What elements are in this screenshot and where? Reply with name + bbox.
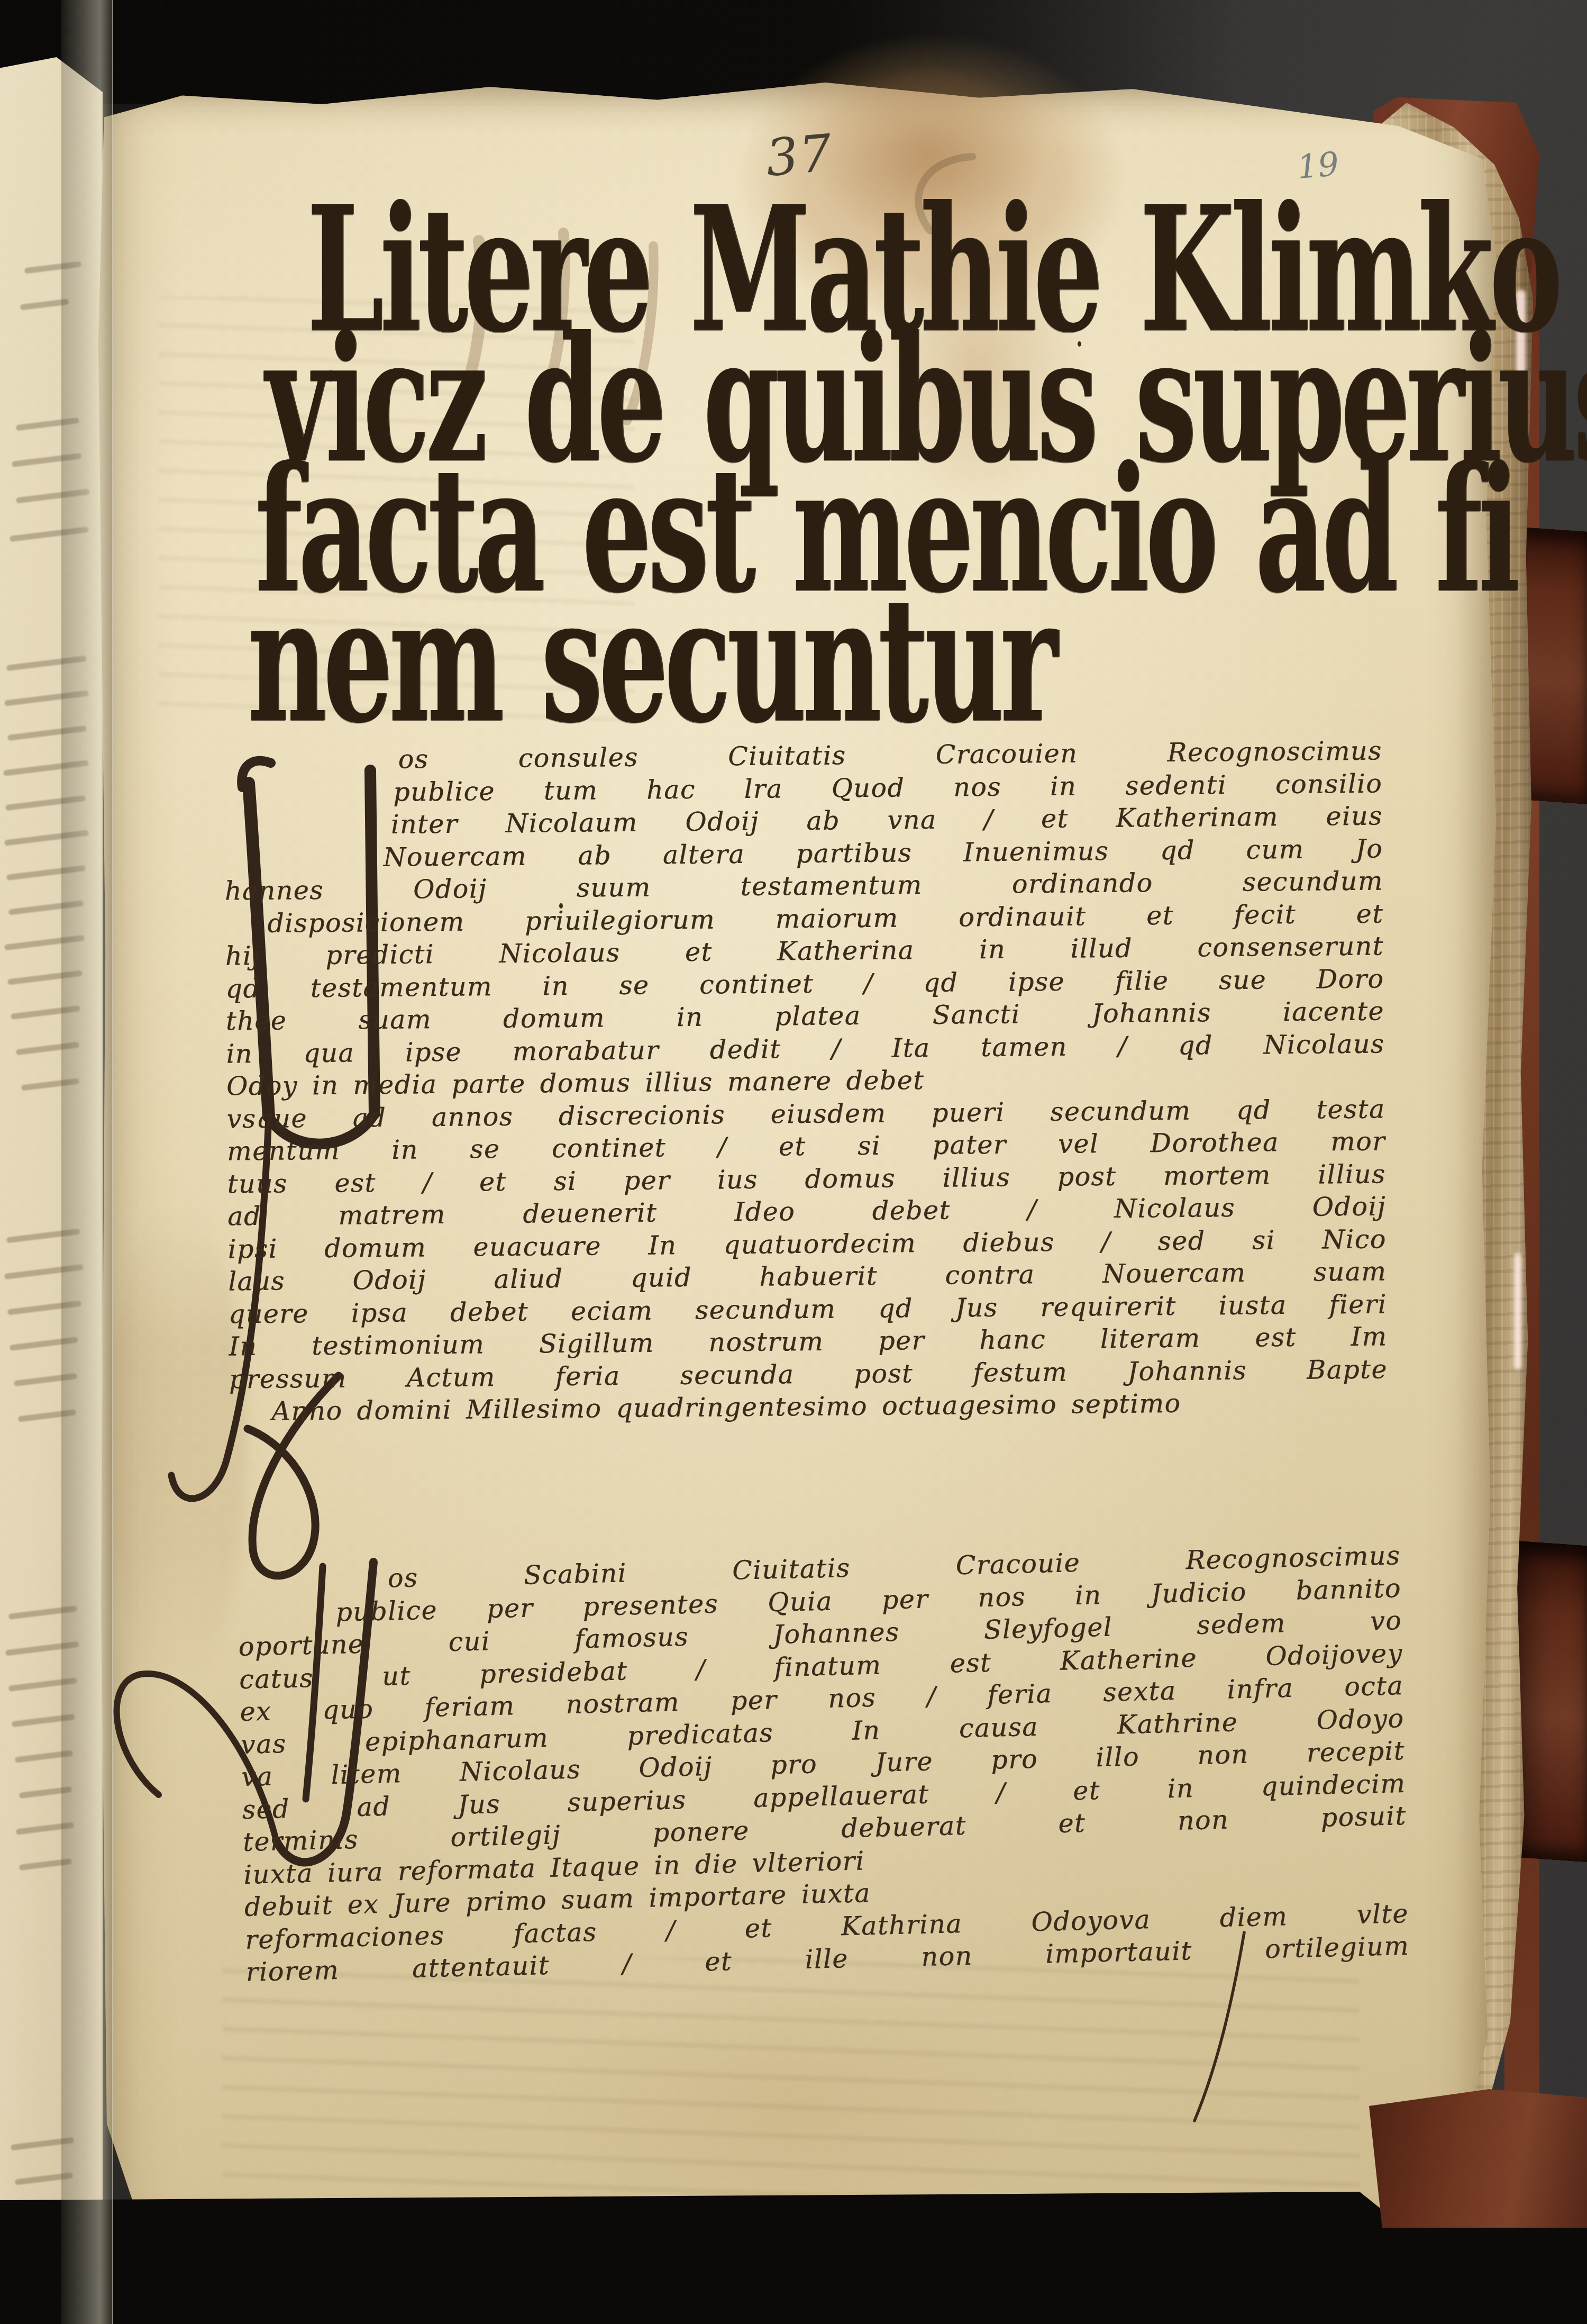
gutter-glass-strip xyxy=(61,0,113,2324)
manuscript-page-photo: 37 19 Litere Mathie Klimko vicz de quibu… xyxy=(0,0,1587,2324)
rubric-heading: Litere Mathie Klimko vicz de quibus supe… xyxy=(248,211,1496,731)
parchment-water-stain xyxy=(105,1201,248,1688)
paragraph-consules-entry: os consules Ciuitatis Cracouien Recognos… xyxy=(223,734,1388,1428)
background-bottom-band xyxy=(0,2191,1587,2324)
leather-cover-bottom-edge xyxy=(1369,2089,1587,2228)
cover-highlight xyxy=(1514,1253,1521,1369)
paragraph-scabini-entry: os Scabini Ciuitatis Cracouie Recognosci… xyxy=(236,1539,1410,1989)
ink-showthrough xyxy=(222,1958,1360,2201)
heading-line: nem secuntur xyxy=(248,557,1496,763)
